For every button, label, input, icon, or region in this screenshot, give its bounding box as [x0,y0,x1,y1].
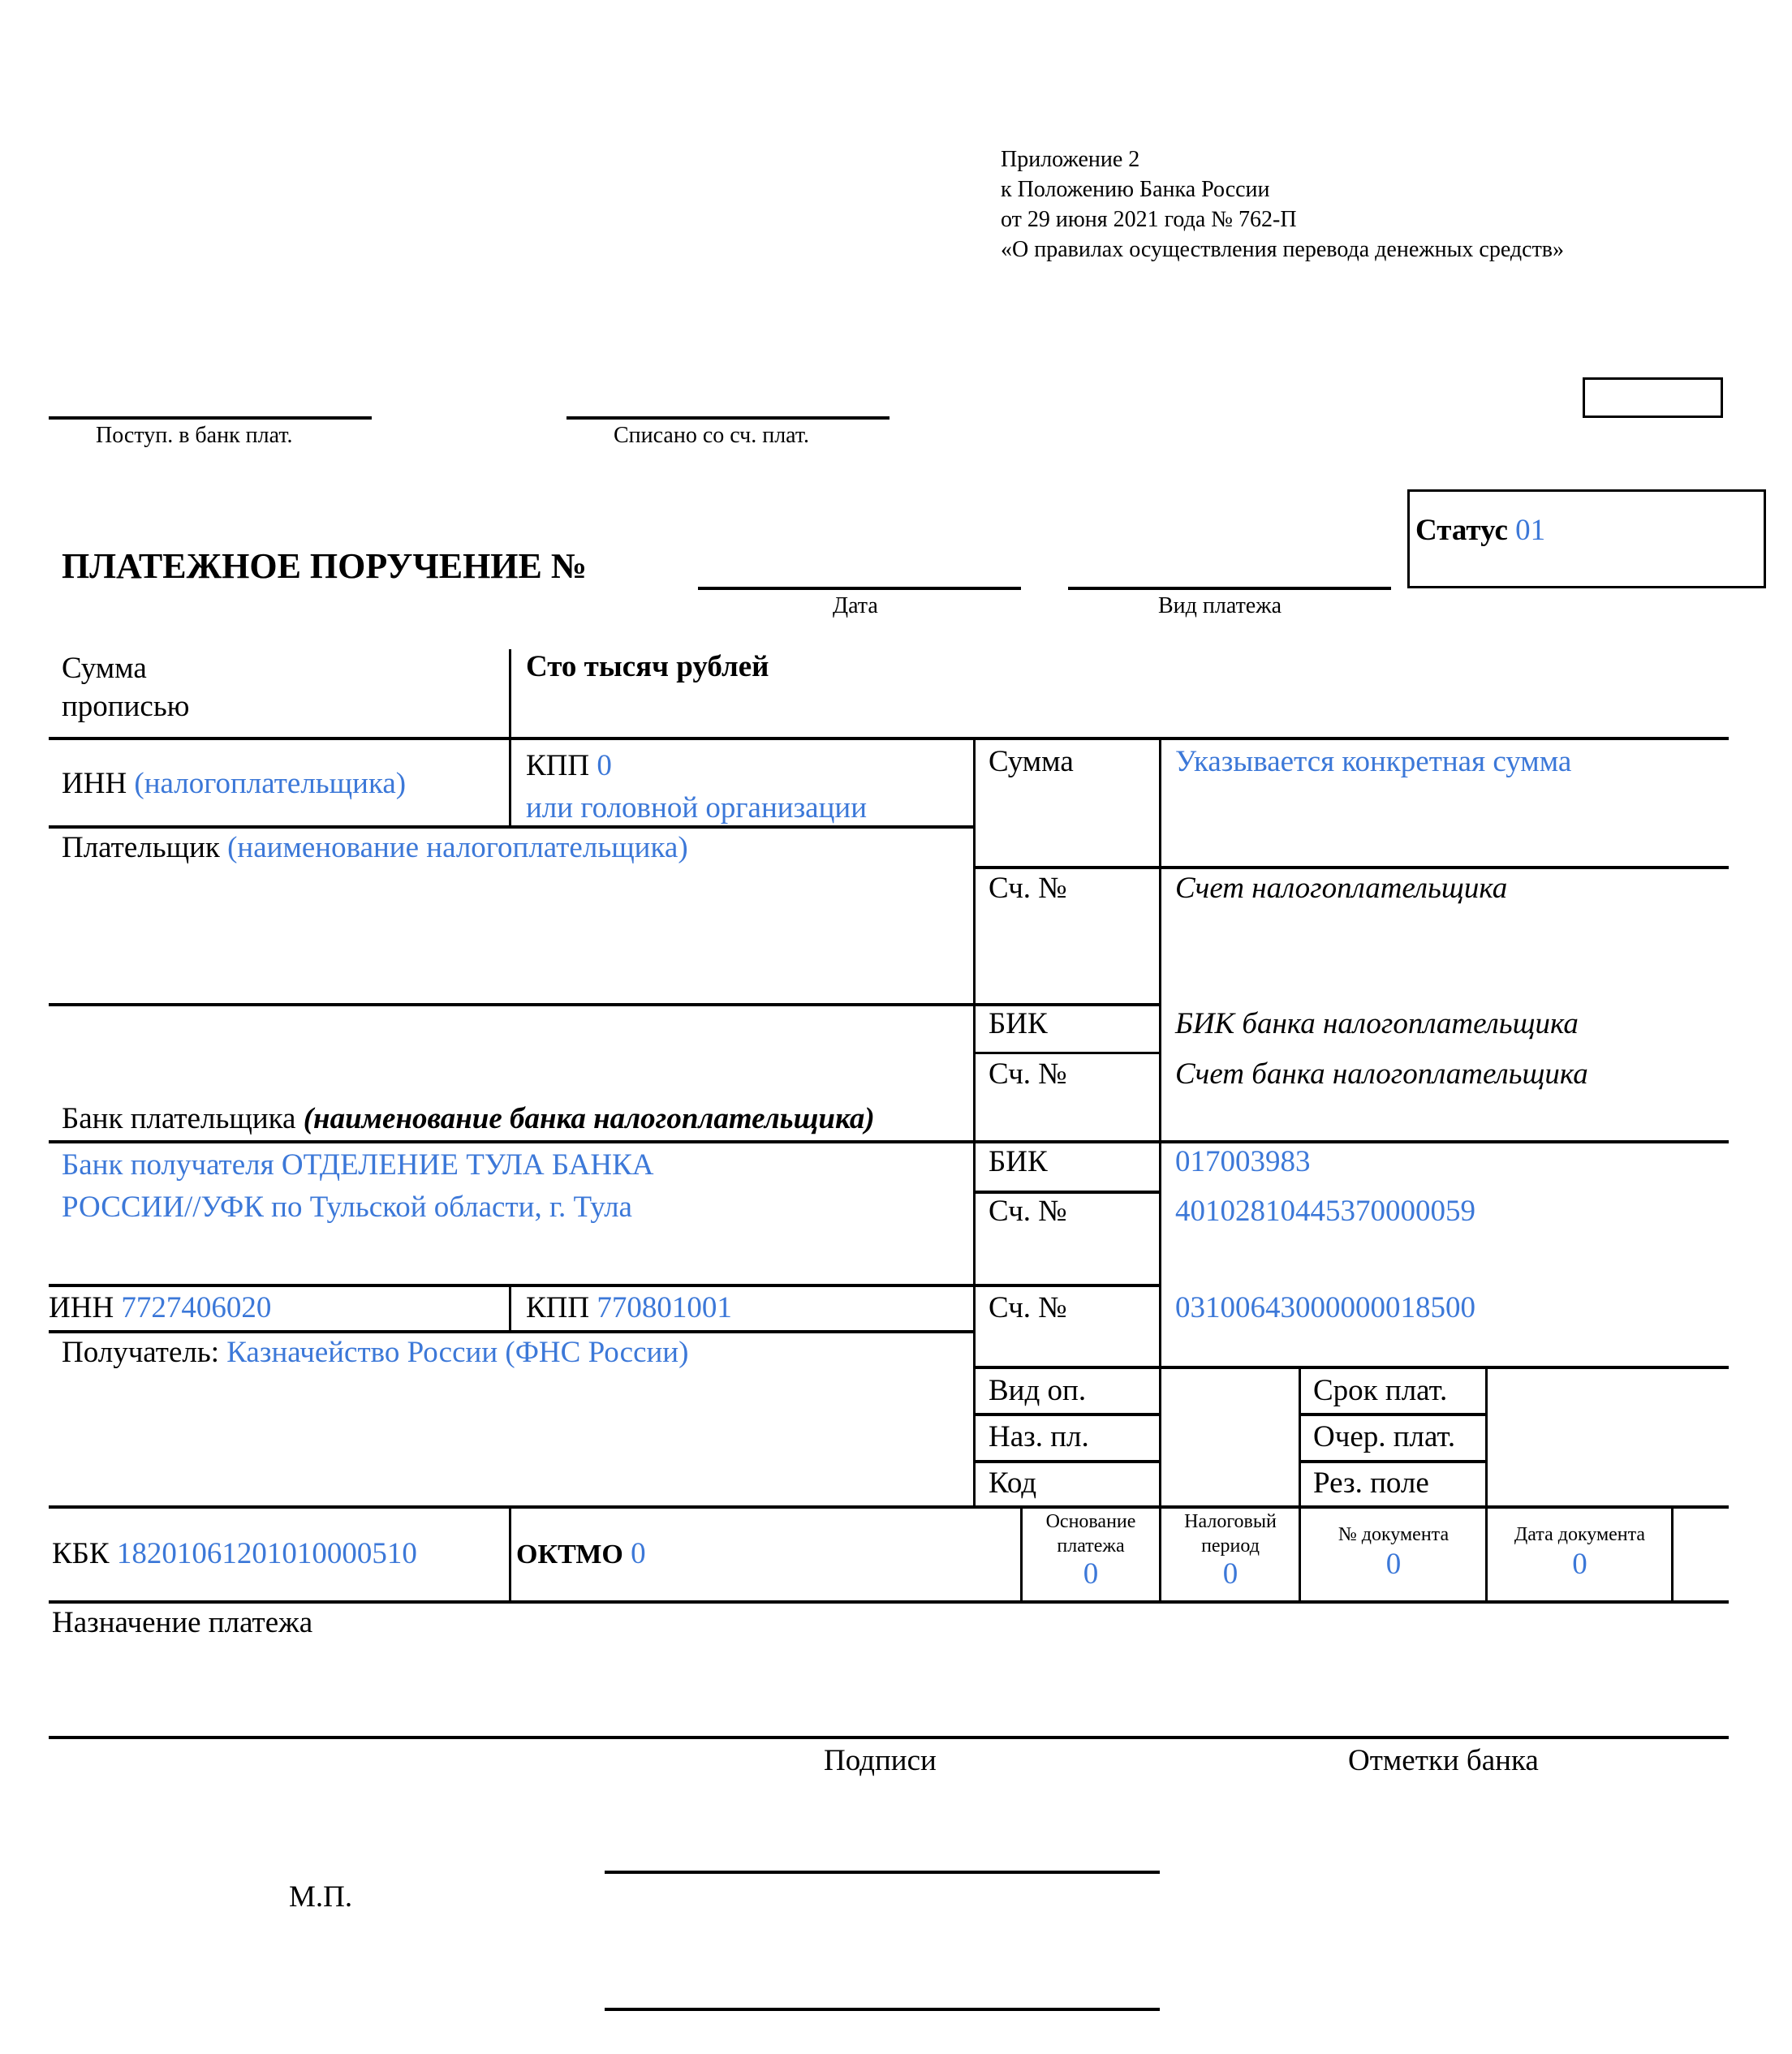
recipient-name-value: Казначейство России (ФНС России) [226,1336,688,1369]
due-codes-field[interactable] [1488,1369,1729,1504]
doc-number-value: 0 [1301,1547,1486,1582]
row-line [974,866,1729,869]
row-line [49,1140,1729,1143]
kbk-value: 18201061201010000510 [117,1537,417,1570]
bank-marks-label: Отметки банка [1348,1743,1539,1779]
recipient-inn-label: ИНН [49,1291,114,1324]
recipient-kpp-value: 770801001 [597,1291,732,1324]
period-value: 0 [1161,1558,1299,1591]
oktmo-field[interactable]: ОКТМО 0 [516,1536,646,1572]
col-line [1299,1366,1301,1506]
appendix-line: «О правилах осуществления перевода денеж… [1001,235,1564,265]
period-label: Налоговый [1161,1509,1299,1534]
recipient-inn-field[interactable]: ИНН 7727406020 [49,1290,271,1326]
recipient-bik-label: БИК [989,1144,1048,1180]
row-line [974,1413,1160,1416]
col-line [973,737,976,1506]
op-codes-field[interactable] [1162,1369,1297,1504]
status-label: Статус [1415,514,1508,547]
amount-words-divider [509,649,511,738]
period-field[interactable]: Налоговый период 0 [1161,1509,1299,1591]
payer-bank-value: (наименование банка налогоплательщика) [304,1102,875,1135]
appendix-line: от 29 июня 2021 года № 762-П [1001,205,1564,235]
col-line [1485,1366,1488,1506]
amount-words-label-line: прописью [62,687,189,726]
payer-inn-value: (налогоплательщика) [134,767,406,800]
amount-words-label-line: Сумма [62,649,189,687]
kbk-field[interactable]: КБК 18201061201010000510 [52,1536,417,1572]
row-line [49,1505,1729,1509]
appendix-note: Приложение 2 к Положению Банка России от… [1001,144,1564,265]
date-field[interactable] [698,552,1021,588]
payment-type-label: Вид платежа [1158,592,1282,620]
payer-bank-account-label: Сч. № [989,1057,1067,1092]
period-label: период [1161,1534,1299,1558]
date-line [698,587,1021,590]
payer-bank-label: Банк плательщика [62,1102,295,1135]
reserve-label: Рез. поле [1313,1466,1429,1501]
payer-kpp-value: 0 [597,749,612,782]
amount-words-value[interactable]: Сто тысяч рублей [526,649,769,685]
payment-type-line [1068,587,1391,590]
amount-label: Сумма [989,744,1074,780]
payer-bank-field[interactable]: Банк плательщика (наименование банка нал… [62,1101,875,1137]
received-label: Поступ. в банк плат. [96,422,292,450]
recipient-bank-account-label: Сч. № [989,1194,1067,1229]
row-line [49,1284,1160,1287]
recipient-account-value[interactable]: 03100643000000018500 [1175,1290,1475,1326]
appendix-line: Приложение 2 [1001,144,1564,174]
doc-number-field[interactable]: № документа 0 [1301,1522,1486,1582]
recipient-bank-field[interactable]: Банк получателя ОТДЕЛЕНИЕ ТУЛА БАНКА РОС… [62,1144,654,1229]
row-line [49,1736,1729,1739]
payer-inn-label: ИНН [62,767,127,800]
recipient-name-field[interactable]: Получатель: Казначейство России (ФНС Рос… [62,1335,688,1371]
payer-account-label: Сч. № [989,871,1067,906]
col-line [509,1284,511,1331]
recipient-kpp-label: КПП [526,1291,589,1324]
page-title: ПЛАТЕЖНОЕ ПОРУЧЕНИЕ № [62,545,587,588]
basis-label: Основание [1023,1509,1159,1534]
doc-date-field[interactable]: Дата документа 0 [1488,1522,1672,1582]
payer-name-label: Плательщик [62,831,220,864]
row-line [974,1052,1160,1054]
date-label: Дата [833,592,878,620]
signatures-label: Подписи [824,1743,937,1779]
received-date-line[interactable] [49,416,372,420]
form-code-box[interactable] [1583,377,1723,418]
payer-name-field[interactable]: Плательщик (наименование налогоплательщи… [62,830,688,866]
row-line [49,1330,975,1333]
payer-account-value[interactable]: Счет налогоплательщика [1175,871,1507,906]
payer-bik-label: БИК [989,1006,1048,1042]
kbk-label: КБК [52,1537,110,1570]
basis-label: платежа [1023,1534,1159,1558]
recipient-account-label: Сч. № [989,1290,1067,1326]
signature-line-1[interactable] [605,1871,1160,1874]
col-line [509,1505,511,1601]
doc-date-value: 0 [1488,1547,1672,1582]
status-box[interactable]: Статус 01 [1407,489,1766,588]
row-line [1299,1460,1486,1463]
purpose-label: Назначение платежа [52,1605,312,1641]
stamp-label: М.П. [289,1880,352,1915]
row-line [1299,1413,1486,1416]
budget-extra-field[interactable] [1674,1509,1729,1600]
recipient-inn-value: 7727406020 [121,1291,271,1324]
recipient-bik-value[interactable]: 017003983 [1175,1144,1311,1180]
recipient-bank-account-value[interactable]: 40102810445370000059 [1175,1194,1475,1229]
status-value: 01 [1515,514,1545,547]
payer-kpp-note: или головной организации [526,787,867,829]
code-label: Код [989,1466,1036,1501]
payer-bank-account-value[interactable]: Счет банка налогоплательщика [1175,1057,1588,1092]
basis-value: 0 [1023,1558,1159,1591]
basis-field[interactable]: Основание платежа 0 [1023,1509,1159,1591]
payer-inn-field[interactable]: ИНН (налогоплательщика) [62,766,406,802]
purpose-field[interactable] [49,1643,1729,1733]
debited-label: Списано со сч. плат. [614,422,809,450]
priority-label: Очер. плат. [1313,1419,1455,1455]
due-label: Срок плат. [1313,1373,1447,1409]
payer-kpp-label: КПП [526,749,589,782]
amount-words-label: Сумма прописью [62,649,189,726]
oktmo-label: ОКТМО [516,1539,623,1570]
payer-kpp-field[interactable]: КПП 0 или головной организации [526,745,867,829]
oktmo-value: 0 [631,1537,646,1570]
payment-type-field[interactable] [1068,552,1391,588]
payment-number-field[interactable] [641,545,690,586]
recipient-bank-line: РОССИИ//УФК по Тульской области, г. Тула [62,1186,654,1229]
row-line [974,1460,1160,1463]
debited-date-line[interactable] [566,416,890,420]
purpose-type-label: Наз. пл. [989,1419,1089,1455]
recipient-name-label: Получатель: [62,1336,219,1369]
col-line [509,737,511,826]
amount-value[interactable]: Указывается конкретная сумма [1175,744,1571,780]
doc-number-label: № документа [1301,1522,1486,1547]
signature-line-2[interactable] [605,2008,1160,2011]
row-line [49,1600,1729,1604]
recipient-bank-line: Банк получателя ОТДЕЛЕНИЕ ТУЛА БАНКА [62,1144,654,1186]
payer-bik-value[interactable]: БИК банка налогоплательщика [1175,1006,1579,1042]
row-line [49,737,1729,740]
doc-date-label: Дата документа [1488,1522,1672,1547]
appendix-line: к Положению Банка России [1001,174,1564,205]
recipient-kpp-field[interactable]: КПП 770801001 [526,1290,732,1326]
op-type-label: Вид оп. [989,1373,1086,1409]
payer-name-value: (наименование налогоплательщика) [227,831,688,864]
col-line [1159,737,1161,1506]
